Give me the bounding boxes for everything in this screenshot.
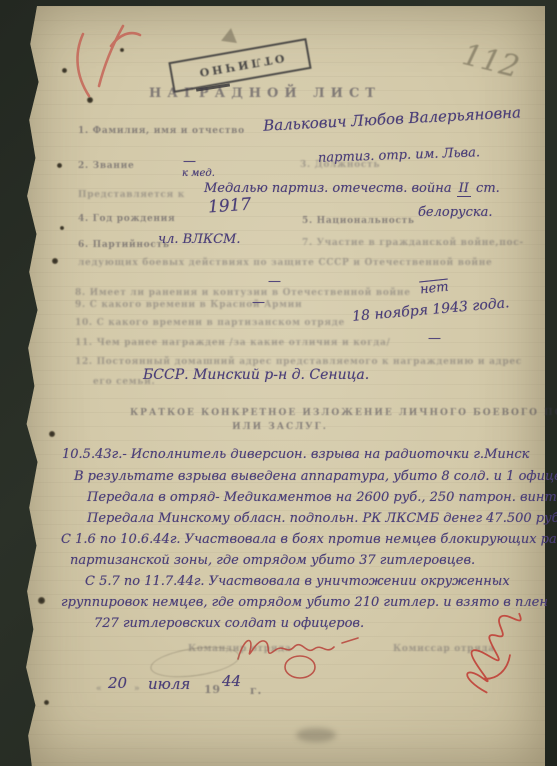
field-11-label: 11. Чем ранее награжден /за какие отличи…	[75, 338, 391, 348]
field-7-value: —	[268, 274, 281, 289]
nominated-for-label: Представляется к	[78, 190, 185, 200]
field-12-label: 12. Постоянный домашний адрес представля…	[75, 357, 522, 367]
document-title: НАГРАДНОЙ ЛИСТ	[140, 86, 390, 101]
field-9-label: 9. С какого времени в Красной Армии	[75, 300, 302, 310]
field-2-label: 2. Звание	[78, 161, 134, 171]
date-month: июля	[148, 675, 190, 693]
stamp-text: ОТЛИЧНО	[195, 51, 285, 79]
field-12-value: БССР. Минский р-н д. Сеница.	[143, 367, 369, 383]
field-8-value: нет	[419, 280, 449, 298]
scanned-document-background: ОТЛИЧНО 112 НАГРАДНОЙ ЛИСТ 1. Фамилия, и…	[0, 0, 557, 766]
field-1-label: 1. Фамилия, имя и отчество	[78, 126, 245, 136]
date-day: 20	[108, 674, 127, 692]
award-class-roman: II	[457, 181, 471, 197]
paper-hole	[38, 597, 45, 604]
feat-section-header-line1: КРАТКОЕ КОНКРЕТНОЕ ИЗЛОЖЕНИЕ ЛИЧНОГО БОЕ…	[130, 408, 430, 418]
nominated-for-value: Медалью партиз. отечеств. война II ст.	[204, 177, 500, 196]
field-7-label-cont: ледующих боевых действиях по защите СССР…	[78, 258, 492, 268]
paper-hole	[57, 163, 62, 168]
field-4-label: 4. Год рождения	[78, 214, 175, 224]
paper-hole	[52, 258, 58, 264]
citation-line: Передала Минскому обласн. подпольн. РК Л…	[87, 511, 557, 526]
citation-line: С 1.6 по 10.6.44г. Участвовала в боях пр…	[61, 532, 557, 547]
citation-line: партизанской зоны, где отрядом убито 37 …	[70, 553, 475, 568]
paper-tear-mark	[221, 27, 239, 43]
field-10-label: 10. С какого времени в партизанском отря…	[75, 318, 345, 328]
scan-smudge	[296, 728, 336, 742]
date-suffix: г.	[250, 684, 262, 697]
citation-line: С 5.7 по 11.7.44г. Участвовала в уничтож…	[85, 574, 510, 589]
paper-hole	[49, 431, 55, 437]
date-year: 44	[222, 672, 241, 690]
field-9-value: —	[252, 295, 265, 310]
field-2-value: —	[183, 154, 196, 169]
field-7-label: 7. Участие в гражданской войне,пос-	[302, 238, 524, 248]
commander-signature	[232, 625, 372, 685]
field-6-label: 6. Партийность	[78, 240, 170, 250]
feat-section-header-line2: ИЛИ ЗАСЛУГ.	[130, 422, 430, 432]
award-class-suffix: ст.	[476, 181, 500, 196]
paper-hole	[44, 700, 49, 705]
date-quote-open: «	[96, 684, 102, 694]
award-name: Медалью партиз. отечеств. война	[204, 181, 452, 196]
commissar-signature	[438, 592, 553, 702]
field-4-value: 1917	[207, 195, 252, 218]
field-8-label: 8. Имеет ли ранения и контузии в Отечест…	[75, 288, 411, 298]
paper-hole	[60, 226, 64, 230]
field-6-value: чл. ВЛКСМ.	[158, 232, 240, 247]
date-century: 19	[204, 683, 221, 696]
field-5-label: 5. Национальность	[302, 216, 415, 226]
citation-line: Передала в отряд- Медикаментов на 2600 р…	[87, 490, 557, 505]
field-11-value: —	[428, 331, 441, 346]
citation-line: 10.5.43г.- Исполнитель диверсион. взрыва…	[62, 447, 529, 462]
field-5-value: белоруска.	[418, 205, 493, 220]
date-quote-close: »	[134, 684, 140, 694]
citation-line: В результате взрыва выведена аппаратура,…	[74, 469, 557, 484]
